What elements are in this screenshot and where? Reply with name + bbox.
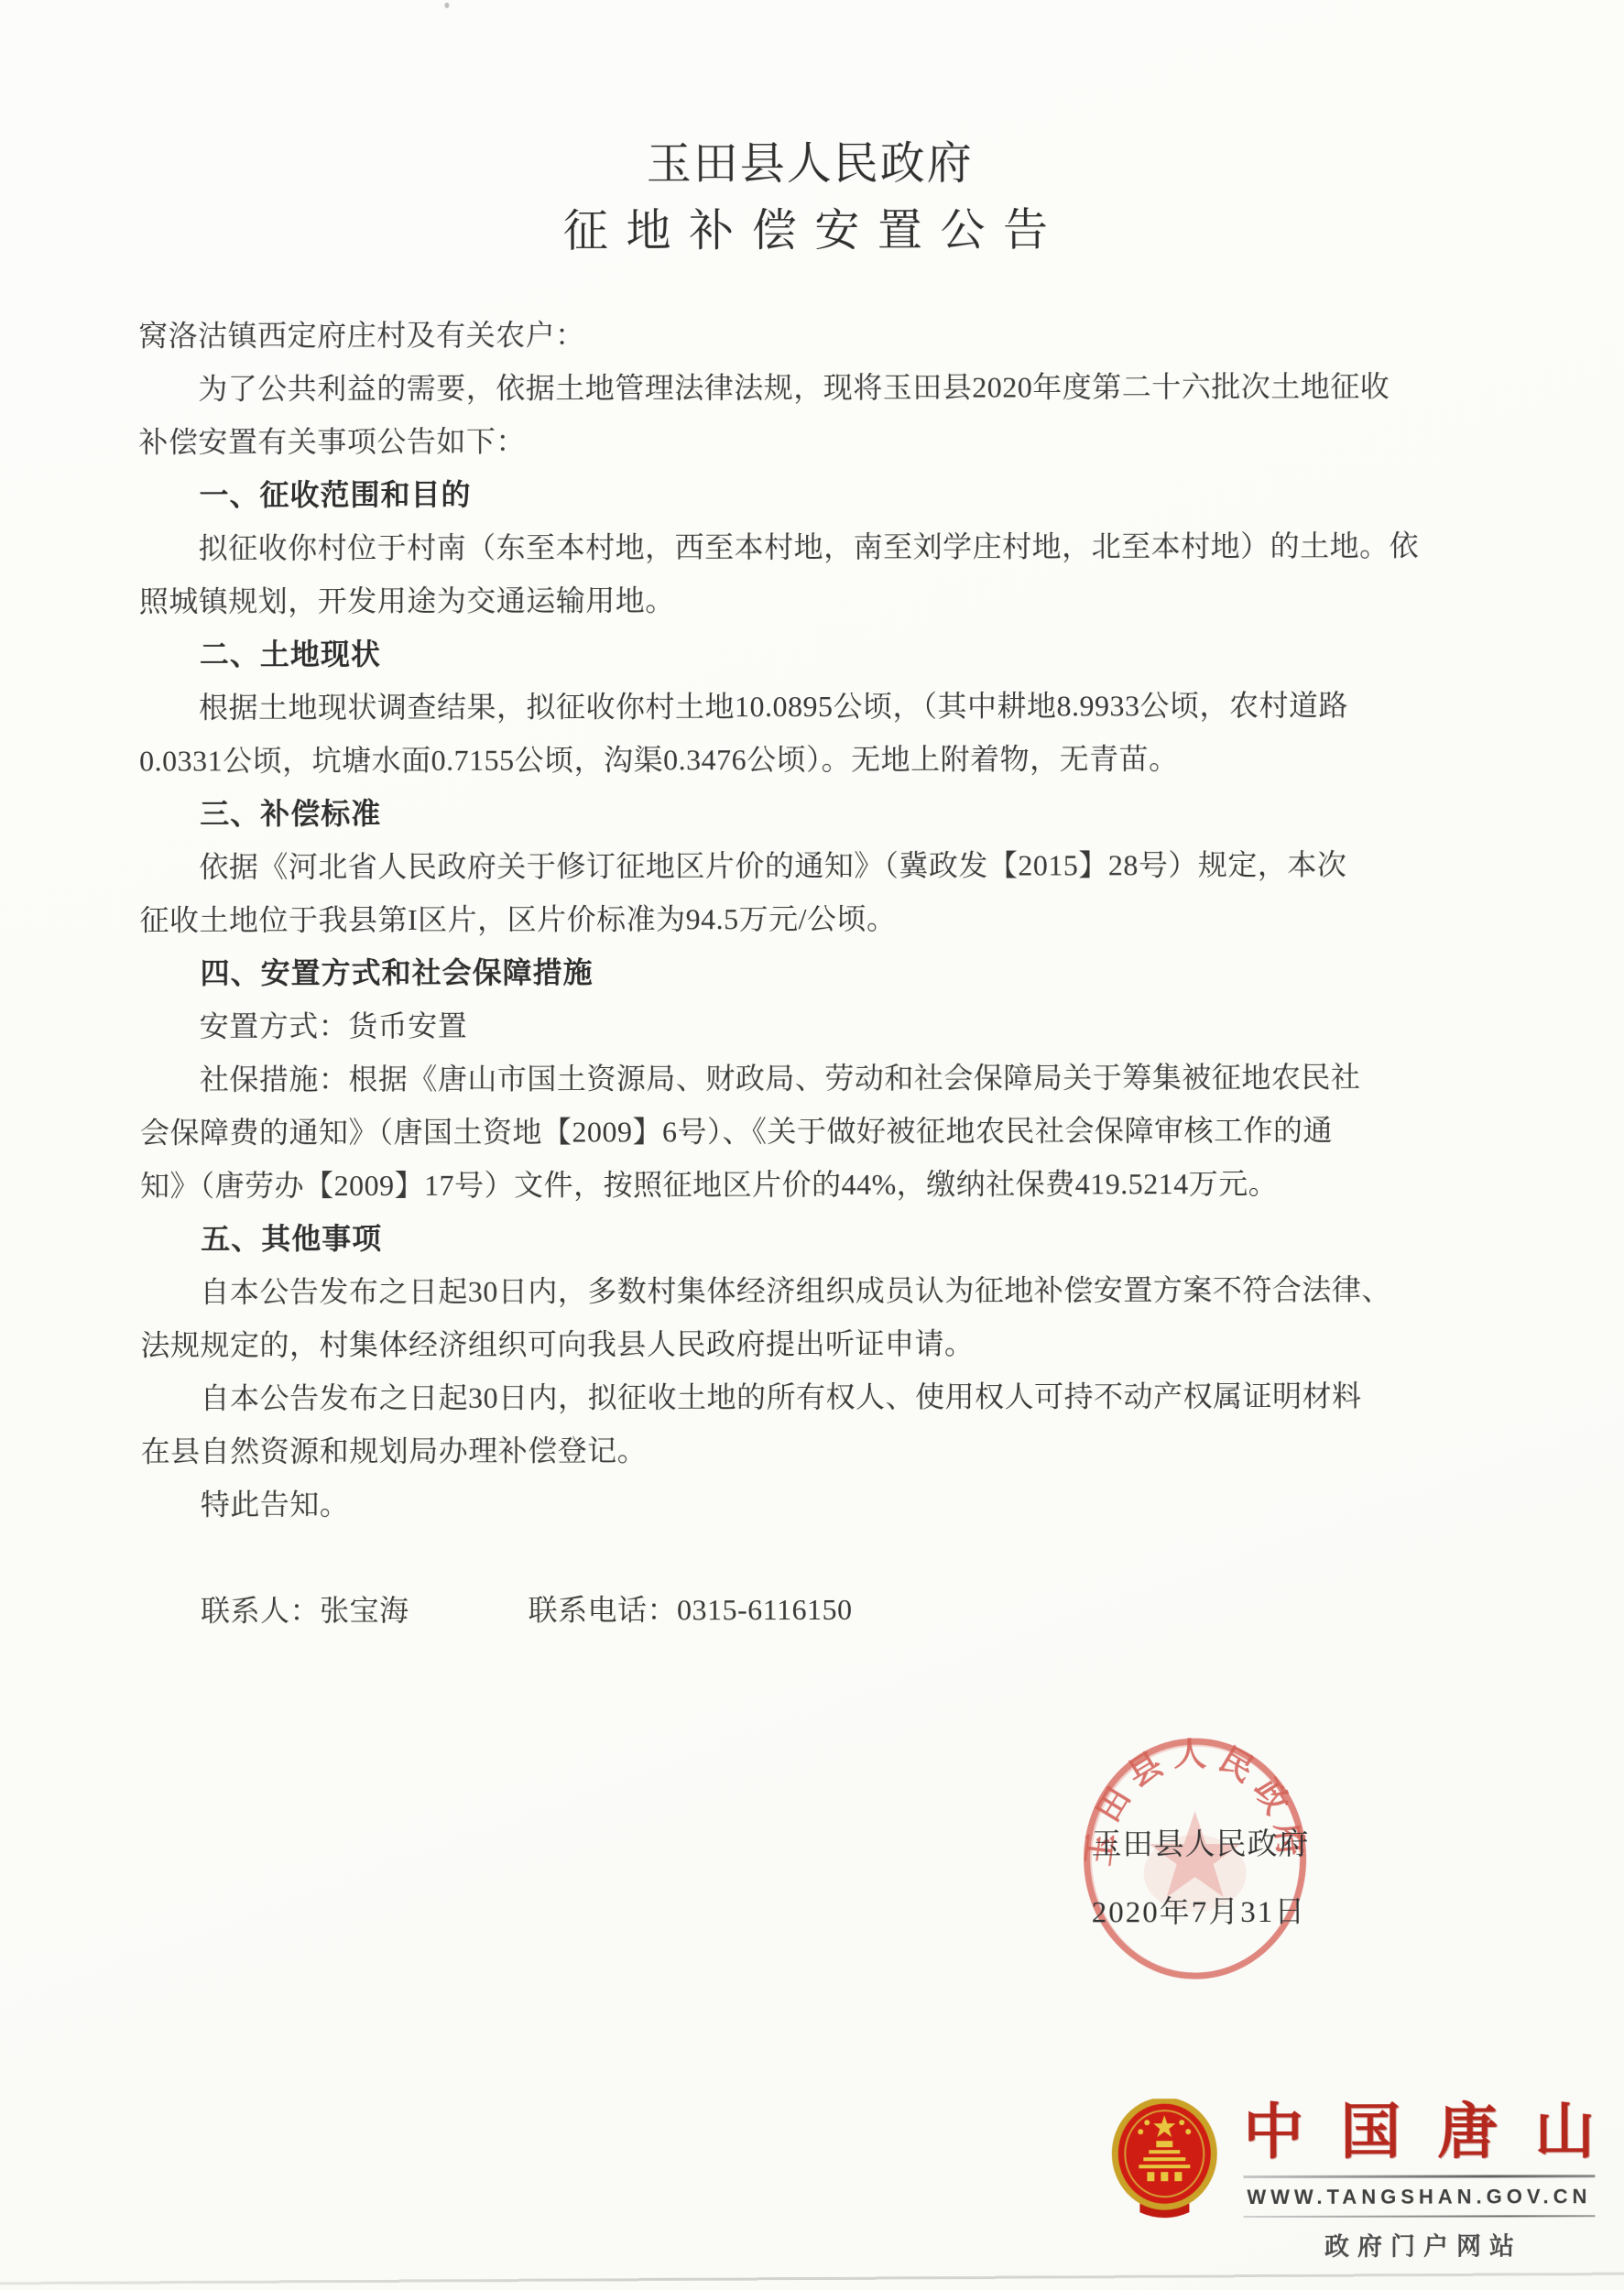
document-line: 依据《河北省人民政府关于修订征地区片价的通知》（冀政发【2015】28号）规定，… — [139, 837, 1497, 893]
footer-brand-block: 中国唐山 WWW.TANGSHAN.GOV.CN 政府门户网站 — [1106, 2096, 1600, 2262]
document-line: 会保障费的通知》（唐国土资地【2009】6号）、《关于做好被征地农民社会保障审核… — [140, 1103, 1498, 1159]
document-line: 五、其他事项 — [140, 1209, 1498, 1265]
brand-site-label: 政府门户网站 — [1243, 2226, 1595, 2263]
document-line: 补偿安置有关事项公告如下： — [138, 412, 1496, 468]
issuer-title: 玉田县人民政府 — [0, 136, 1622, 193]
national-emblem-icon — [1110, 2099, 1218, 2221]
document-line: 安置方式：货币安置 — [140, 997, 1498, 1052]
document-line — [141, 1528, 1499, 1584]
document-line: 特此告知。 — [141, 1475, 1499, 1531]
document-line: 征收土地位于我县第I区片，区片价标准为94.5万元/公顷。 — [139, 890, 1497, 946]
document-line: 照城镇规划，开发用途为交通运输用地。 — [139, 572, 1497, 627]
brand-char: 唐 — [1437, 2096, 1498, 2169]
brand-char: 中 — [1243, 2097, 1303, 2170]
scan-artifact-line — [0, 2273, 1624, 2285]
brand-divider-bottom — [1243, 2215, 1595, 2218]
document-line: 0.0331公顷，坑塘水面0.7155公顷，沟渠0.3476公顷）。无地上附着物… — [139, 731, 1497, 787]
document-body: 窝洛沽镇西定府庄村及有关农户： 为了公共利益的需要，依据土地管理法律法规，现将玉… — [138, 306, 1499, 1637]
document-line: 三、补偿标准 — [139, 784, 1497, 840]
brand-divider-top — [1243, 2175, 1595, 2178]
scanned-announcement-page: 玉田县人民政府 征地补偿安置公告 窝洛沽镇西定府庄村及有关农户： 为了公共利益的… — [0, 0, 1624, 2290]
document-line: 法规规定的，村集体经济组织可向我县人民政府提出听证申请。 — [140, 1315, 1498, 1371]
document-line: 窝洛沽镇西定府庄村及有关农户： — [138, 306, 1496, 362]
document-line: 二、土地现状 — [139, 625, 1497, 681]
brand-text-box: 中国唐山 WWW.TANGSHAN.GOV.CN 政府门户网站 — [1243, 2096, 1595, 2263]
document-line: 根据土地现状调查结果，拟征收你村土地10.0895公顷，（其中耕地8.9933公… — [139, 678, 1497, 734]
document-line: 为了公共利益的需要，依据土地管理法律法规，现将玉田县2020年度第二十六批次土地… — [138, 359, 1496, 415]
document-line: 拟征收你村位于村南（东至本村地，西至本村地，南至刘学庄村地，北至本村地）的土地。… — [139, 518, 1497, 574]
document-line: 社保措施：根据《唐山市国土资源局、财政局、劳动和社会保障局关于筹集被征地农民社 — [140, 1050, 1498, 1106]
document-line: 知》（唐劳办【2009】17号）文件，按照征地区片价的44%，缴纳社保费419.… — [140, 1156, 1498, 1212]
brand-name: 中国唐山 — [1243, 2096, 1595, 2170]
brand-char: 山 — [1534, 2096, 1595, 2169]
document-title: 征地补偿安置公告 — [0, 202, 1622, 260]
signature-issuer: 玉田县人民政府 — [1092, 1820, 1310, 1863]
document-line: 在县自然资源和规划局办理补偿登记。 — [141, 1422, 1499, 1478]
page-content: 玉田县人民政府 征地补偿安置公告 窝洛沽镇西定府庄村及有关农户： 为了公共利益的… — [0, 0, 1624, 2290]
signature-block: 玉田县人民政府 2020年7月31日 — [1092, 1820, 1310, 1931]
signature-date: 2020年7月31日 — [1092, 1888, 1310, 1931]
document-line: 一、征收范围和目的 — [138, 465, 1496, 521]
document-line: 自本公告发布之日起30日内，拟征收土地的所有权人、使用权人可持不动产权属证明材料 — [141, 1369, 1499, 1424]
brand-char: 国 — [1340, 2097, 1401, 2170]
brand-url: WWW.TANGSHAN.GOV.CN — [1243, 2185, 1595, 2209]
title-block: 玉田县人民政府 征地补偿安置公告 — [0, 136, 1622, 259]
scan-artifact-dot — [444, 3, 449, 8]
document-line: 自本公告发布之日起30日内，多数村集体经济组织成员认为征地补偿安置方案不符合法律… — [140, 1262, 1498, 1318]
document-line: 四、安置方式和社会保障措施 — [140, 943, 1498, 999]
document-line: 联系人：张宝海 联系电话：0315-6116150 — [141, 1581, 1499, 1637]
